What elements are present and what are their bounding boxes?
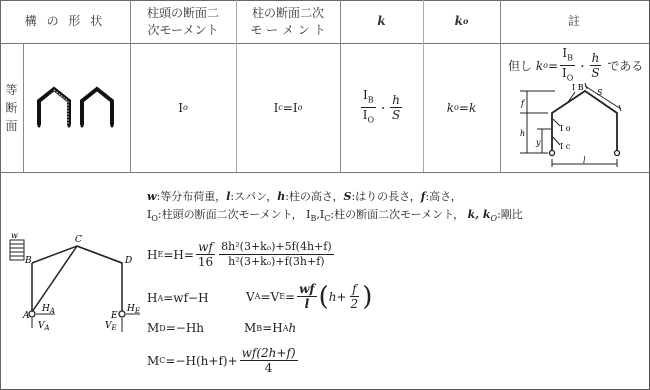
math-base: H (147, 248, 157, 262)
math-op: ・ (378, 100, 388, 115)
equation-v: VA=VE= wfl (h+ f2 ) (246, 282, 372, 311)
desc: :剛比 (497, 208, 523, 221)
desc: :柱の断面二次モーメント， (330, 208, 464, 221)
math-num: wf (297, 282, 317, 297)
label-he: HE (126, 304, 140, 315)
header-top-moment: 柱頭の断面二 次モーメント (130, 0, 236, 43)
moment-value: Ic=Io (236, 43, 340, 172)
header-ko: ko (423, 0, 500, 43)
header-moment: 柱の断面二次 モ ー メ ン ト (236, 0, 340, 43)
label-s: S (597, 88, 603, 97)
header-ko-base: k (455, 13, 463, 30)
label-io: I o (560, 124, 571, 133)
math-den: 2 (349, 297, 361, 311)
math-op: = (283, 101, 293, 115)
label-sub: A (49, 307, 55, 315)
desc: :柱頭の断面二次モーメント， (158, 208, 303, 221)
label-ib: I B (572, 83, 584, 92)
label-sub: A (44, 324, 50, 332)
label-char: 断 (5, 99, 17, 117)
paren: ) (362, 284, 372, 310)
fraction: IBIO (361, 88, 376, 128)
header-line: モ ー メ ン ト (250, 22, 325, 39)
math-op: =V (260, 290, 279, 304)
header-line: 次モーメント (148, 22, 219, 39)
label-w: w (11, 231, 18, 240)
math-expr: =wf−H (163, 291, 208, 305)
math-num: wf (196, 240, 215, 255)
math-op: =H= (163, 248, 194, 262)
label-a: A (22, 311, 30, 321)
math-num: 8h²(3+kₒ)+5f(4h+f) (219, 240, 333, 255)
math-sub: B (567, 53, 573, 62)
math-expr: h+ (329, 290, 347, 304)
desc: :スパン， (230, 190, 277, 203)
label-l: l (583, 156, 586, 165)
math-num: wf(2h+f) (240, 346, 298, 361)
fraction: wf(2h+f)4 (240, 346, 298, 375)
math-den: h²(3+kₒ)+f(3h+f) (226, 255, 326, 269)
math-den: l (303, 297, 312, 311)
header-shape: 構 の 形 状 (0, 0, 130, 43)
math-expr: h (289, 321, 297, 335)
shape-icons (23, 43, 130, 172)
fraction: f2 (349, 282, 361, 311)
label-y: y (535, 138, 541, 147)
fraction: wf16 (196, 240, 215, 269)
desc: :等分布荷重， (156, 190, 226, 203)
paren: ( (319, 284, 329, 310)
equation-mb: MB=HAh (244, 321, 296, 335)
label-char: 等 (5, 81, 17, 99)
label-d: D (124, 256, 132, 266)
header-line: 柱頭の断面二 (147, 5, 219, 22)
math-base: k (536, 59, 543, 73)
math-base: H (147, 291, 157, 305)
symbol: , k (475, 208, 490, 221)
legend-line-1: w:等分布荷重，l:スパン，h:柱の高さ，S:はりの長さ，f:高さ， (147, 188, 462, 204)
math-expr: =H (262, 321, 283, 335)
label-base: H (126, 304, 135, 314)
math-base: k (447, 101, 454, 115)
math-base: M (147, 354, 159, 368)
label-b: B (24, 256, 32, 266)
label-sub: E (111, 324, 117, 332)
desc: :柱の高さ， (285, 190, 343, 203)
label-base: H (41, 304, 50, 314)
label-char: 面 (5, 117, 17, 135)
row-divider (0, 172, 650, 173)
math-sub: O (367, 115, 374, 124)
equation-md: MD=−Hh (147, 321, 204, 335)
row-label-uniform-section: 等 断 面 (0, 43, 23, 172)
fraction: hS (390, 93, 402, 122)
math-sub: o (183, 103, 188, 112)
label-f: f (520, 99, 526, 108)
k-formula: IBIO ・ hS (340, 43, 423, 172)
desc: :高さ， (425, 190, 461, 203)
math-op: = (285, 290, 295, 304)
math-sub: B (368, 95, 374, 104)
math-op: = (548, 59, 558, 73)
frame-dimension-diagram: I B S f I o h y I c l (515, 79, 625, 169)
math-den: S (390, 108, 402, 122)
equation-mc: MC=−H(h+f)+ wf(2h+f)4 (147, 346, 300, 375)
label-ha: HA (41, 304, 55, 315)
label-e: E (110, 311, 118, 321)
equation-h: HE=H= wf16 8h²(3+kₒ)+5f(4h+f)h²(3+kₒ)+f(… (147, 240, 336, 269)
math-num: h (390, 93, 402, 108)
math-base: k (469, 101, 476, 115)
label-va: VA (38, 321, 50, 332)
math-base: V (246, 290, 255, 304)
label-ic: I c (560, 142, 571, 151)
equation-ha: HA=wf−H (147, 291, 209, 305)
top-moment-value: Io (130, 43, 236, 172)
label-c: C (75, 235, 82, 245)
math-den: 4 (263, 361, 275, 375)
header-line: 柱の断面二次 (252, 5, 324, 22)
math-expr: =−H(h+f)+ (165, 354, 237, 368)
legend-line-2: IO:柱頭の断面二次モーメント， IB,IC:柱の断面二次モーメント， k, k… (147, 206, 523, 223)
label-h: h (520, 129, 525, 138)
gable-frame-icon (32, 83, 122, 133)
note-cell: 但し ko= IBIO ・ hS である I B S f I o h y I c… (500, 43, 648, 172)
label-ve: VE (105, 321, 117, 332)
ko-formula: ko=k (423, 43, 500, 172)
math-num: h (590, 51, 602, 66)
note-suffix: である (607, 57, 643, 74)
fraction: 8h²(3+kₒ)+5f(4h+f)h²(3+kₒ)+f(3h+f) (219, 240, 333, 269)
math-base: M (147, 321, 159, 335)
header-ko-sub: o (463, 13, 468, 30)
fraction: hS (589, 51, 601, 80)
math-op: ・ (577, 58, 587, 73)
math-base: M (244, 321, 256, 335)
math-sub: o (298, 103, 303, 112)
header-k: k (340, 0, 423, 43)
fraction: wfl (297, 282, 317, 311)
header-note: 註 (500, 0, 648, 43)
loaded-frame-diagram: w B C D A E HA VA HE VE (5, 228, 140, 338)
label-sub: E (134, 307, 140, 315)
desc: :はりの長さ， (351, 190, 420, 203)
note-prefix: 但し (508, 57, 532, 74)
math-expr: =−Hh (166, 321, 204, 335)
math-num: f (350, 282, 358, 297)
math-den: 16 (196, 255, 215, 269)
math-op: = (459, 101, 469, 115)
